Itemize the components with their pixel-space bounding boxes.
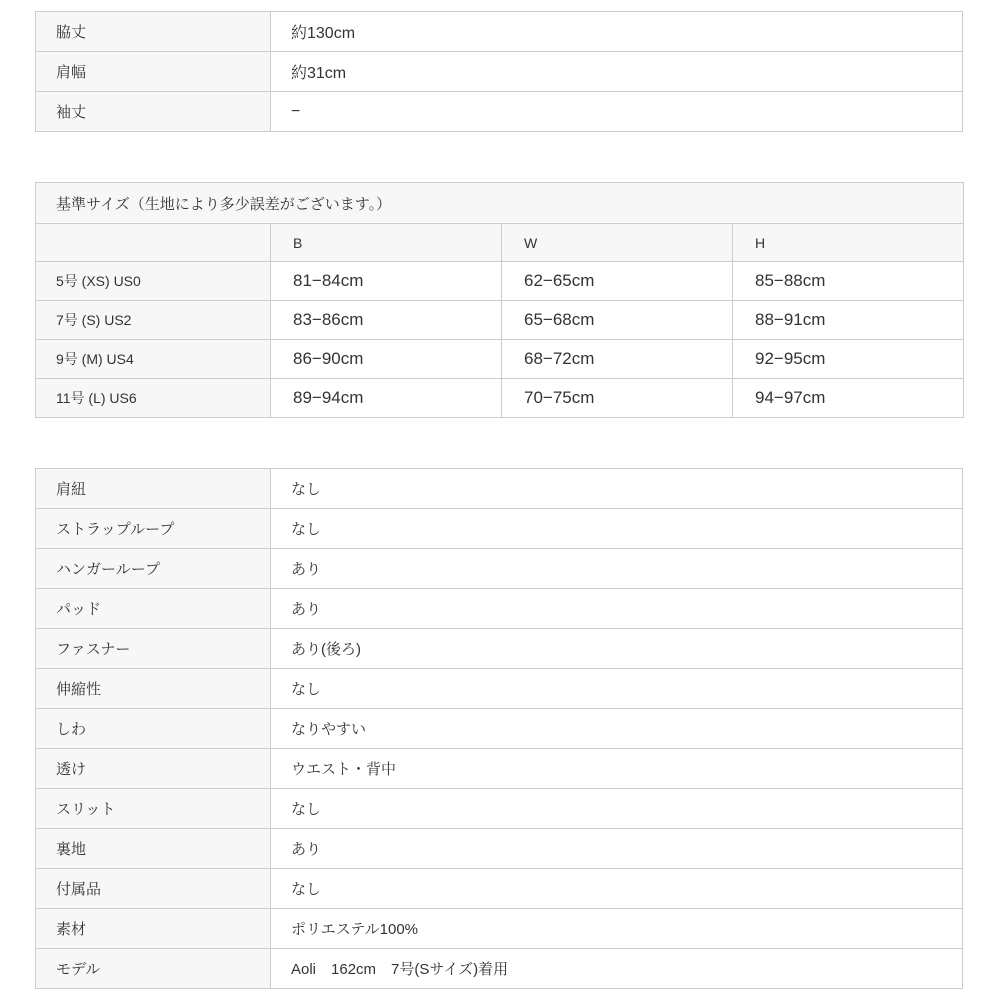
table-row: スリット なし bbox=[36, 789, 963, 829]
detail-label: 透け bbox=[36, 749, 271, 789]
measurement-label: 肩幅 bbox=[36, 52, 271, 92]
table-row: 11号 (L) US6 89−94cm 70−75cm 94−97cm bbox=[36, 379, 964, 418]
column-header-bust: B bbox=[271, 224, 502, 262]
table-row: 裏地 あり bbox=[36, 829, 963, 869]
detail-label: パッド bbox=[36, 589, 271, 629]
detail-value: なし bbox=[271, 869, 963, 909]
detail-label: ファスナー bbox=[36, 629, 271, 669]
measurements-table: 脇丈 約130cm 肩幅 約31cm 袖丈 − bbox=[35, 11, 963, 132]
hip-value: 94−97cm bbox=[733, 379, 964, 418]
column-header-waist: W bbox=[502, 224, 733, 262]
detail-value: あり bbox=[271, 549, 963, 589]
bust-value: 81−84cm bbox=[271, 262, 502, 301]
measurement-value: 約130cm bbox=[271, 12, 963, 52]
table-row: 5号 (XS) US0 81−84cm 62−65cm 85−88cm bbox=[36, 262, 964, 301]
details-table: 肩紐 なし ストラップループ なし ハンガーループ あり パッド あり ファスナ… bbox=[35, 468, 963, 989]
table-row: パッド あり bbox=[36, 589, 963, 629]
product-spec-page: 脇丈 約130cm 肩幅 約31cm 袖丈 − 基準サイズ（生地により多少誤差が… bbox=[0, 0, 1000, 1000]
detail-label: 伸縮性 bbox=[36, 669, 271, 709]
detail-label: モデル bbox=[36, 949, 271, 989]
size-chart-caption: 基準サイズ（生地により多少誤差がございます。） bbox=[36, 183, 964, 224]
detail-value: あり bbox=[271, 829, 963, 869]
size-label: 9号 (M) US4 bbox=[36, 340, 271, 379]
detail-value: ポリエステル100% bbox=[271, 909, 963, 949]
measurement-value: − bbox=[271, 92, 963, 132]
size-chart-header-row: B W H bbox=[36, 224, 964, 262]
table-row: 9号 (M) US4 86−90cm 68−72cm 92−95cm bbox=[36, 340, 964, 379]
column-header-empty bbox=[36, 224, 271, 262]
measurement-label: 脇丈 bbox=[36, 12, 271, 52]
measurement-value: 約31cm bbox=[271, 52, 963, 92]
hip-value: 85−88cm bbox=[733, 262, 964, 301]
table-row: 肩幅 約31cm bbox=[36, 52, 963, 92]
table-row: 素材 ポリエステル100% bbox=[36, 909, 963, 949]
detail-value: なし bbox=[271, 469, 963, 509]
detail-label: スリット bbox=[36, 789, 271, 829]
waist-value: 62−65cm bbox=[502, 262, 733, 301]
detail-value: なし bbox=[271, 669, 963, 709]
bust-value: 86−90cm bbox=[271, 340, 502, 379]
detail-value: なし bbox=[271, 789, 963, 829]
detail-value: なりやすい bbox=[271, 709, 963, 749]
table-row: しわ なりやすい bbox=[36, 709, 963, 749]
table-row: 伸縮性 なし bbox=[36, 669, 963, 709]
detail-label: 付属品 bbox=[36, 869, 271, 909]
table-row: 基準サイズ（生地により多少誤差がございます。） bbox=[36, 183, 964, 224]
size-label: 11号 (L) US6 bbox=[36, 379, 271, 418]
detail-value: ウエスト・背中 bbox=[271, 749, 963, 789]
detail-value: あり bbox=[271, 589, 963, 629]
detail-label: ハンガーループ bbox=[36, 549, 271, 589]
table-row: 7号 (S) US2 83−86cm 65−68cm 88−91cm bbox=[36, 301, 964, 340]
detail-label: ストラップループ bbox=[36, 509, 271, 549]
table-row: 肩紐 なし bbox=[36, 469, 963, 509]
detail-label: 素材 bbox=[36, 909, 271, 949]
detail-label: 肩紐 bbox=[36, 469, 271, 509]
waist-value: 70−75cm bbox=[502, 379, 733, 418]
table-row: モデル Aoli 162cm 7号(Sサイズ)着用 bbox=[36, 949, 963, 989]
size-label: 7号 (S) US2 bbox=[36, 301, 271, 340]
detail-value: あり(後ろ) bbox=[271, 629, 963, 669]
table-row: 透け ウエスト・背中 bbox=[36, 749, 963, 789]
bust-value: 89−94cm bbox=[271, 379, 502, 418]
table-row: 付属品 なし bbox=[36, 869, 963, 909]
detail-label: しわ bbox=[36, 709, 271, 749]
table-row: ストラップループ なし bbox=[36, 509, 963, 549]
table-row: 脇丈 約130cm bbox=[36, 12, 963, 52]
detail-value: Aoli 162cm 7号(Sサイズ)着用 bbox=[271, 949, 963, 989]
hip-value: 88−91cm bbox=[733, 301, 964, 340]
bust-value: 83−86cm bbox=[271, 301, 502, 340]
measurement-label: 袖丈 bbox=[36, 92, 271, 132]
waist-value: 68−72cm bbox=[502, 340, 733, 379]
waist-value: 65−68cm bbox=[502, 301, 733, 340]
detail-label: 裏地 bbox=[36, 829, 271, 869]
size-label: 5号 (XS) US0 bbox=[36, 262, 271, 301]
column-header-hip: H bbox=[733, 224, 964, 262]
table-row: ハンガーループ あり bbox=[36, 549, 963, 589]
size-chart-table: 基準サイズ（生地により多少誤差がございます。） B W H 5号 (XS) US… bbox=[35, 182, 964, 418]
detail-value: なし bbox=[271, 509, 963, 549]
table-row: 袖丈 − bbox=[36, 92, 963, 132]
table-row: ファスナー あり(後ろ) bbox=[36, 629, 963, 669]
hip-value: 92−95cm bbox=[733, 340, 964, 379]
